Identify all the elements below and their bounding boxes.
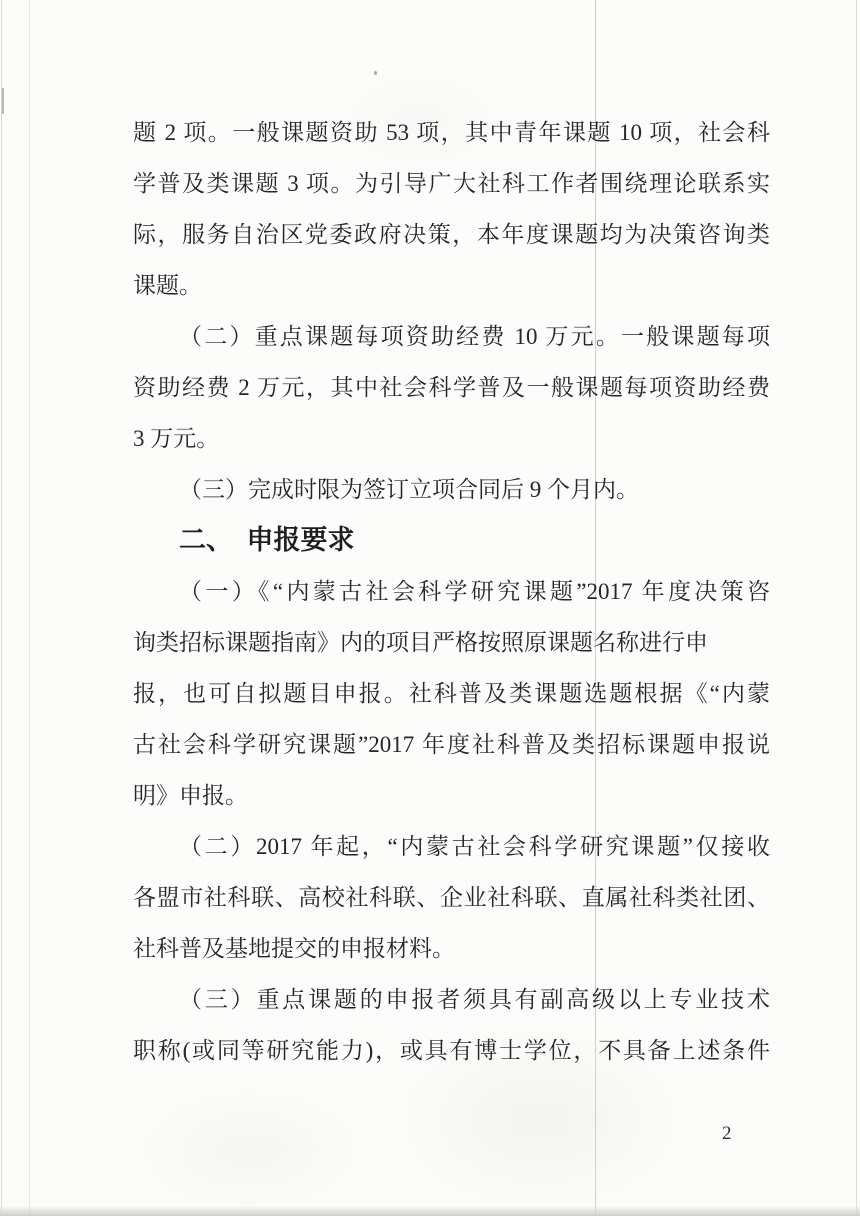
scan-bottom-shadow <box>0 1206 860 1216</box>
text-line: （二）重点课题每项资助经费 10 万元。一般课题每项 <box>133 311 770 362</box>
text-line: （一）《“内蒙古社会科学研究课题”2017 年度决策咨 <box>133 566 770 617</box>
text-line: 题 2 项。一般课题资助 53 项，其中青年课题 10 项，社会科 <box>133 107 770 158</box>
text-line: 报，也可自拟题目申报。社科普及类课题选题根据《“内蒙 <box>133 668 770 719</box>
section-heading: 二、 申报要求 <box>133 515 770 566</box>
scan-line-inner-left <box>29 0 30 1216</box>
scan-speck <box>2 88 4 114</box>
scan-line-right-edge <box>856 0 857 1216</box>
text-line: 课题。 <box>133 260 770 311</box>
scanned-document-page: 题 2 项。一般课题资助 53 项，其中青年课题 10 项，社会科学普及类课题 … <box>0 0 860 1216</box>
scan-speck <box>374 71 377 75</box>
scan-line-left-edge <box>1 0 2 1216</box>
text-line: 社科普及基地提交的申报材料。 <box>133 923 770 974</box>
text-line: （三）完成时限为签订立项合同后 9 个月内。 <box>133 464 770 515</box>
text-line: 际，服务自治区党委政府决策，本年度课题均为决策咨询类 <box>133 209 770 260</box>
text-line: 询类招标课题指南》内的项目严格按照原课题名称进行申 <box>133 617 770 668</box>
page-number: 2 <box>722 1122 732 1146</box>
text-line: （二）2017 年起，“内蒙古社会科学研究课题”仅接收 <box>133 821 770 872</box>
text-line: （三）重点课题的申报者须具有副高级以上专业技术 <box>133 974 770 1025</box>
scan-blotch <box>120 1080 380 1216</box>
text-line: 学普及类课题 3 项。为引导广大社科工作者围绕理论联系实 <box>133 158 770 209</box>
text-line: 明》申报。 <box>133 770 770 821</box>
text-line: 职称(或同等研究能力)，或具有博士学位，不具备上述条件 <box>133 1025 770 1076</box>
text-line: 古社会科学研究课题”2017 年度社科普及类招标课题申报说 <box>133 719 770 770</box>
text-line: 资助经费 2 万元，其中社会科学普及一般课题每项资助经费 <box>133 362 770 413</box>
document-body: 题 2 项。一般课题资助 53 项，其中青年课题 10 项，社会科学普及类课题 … <box>133 107 770 1076</box>
text-line: 各盟市社科联、高校社科联、企业社科联、直属社科类社团、 <box>133 872 770 923</box>
text-line: 3 万元。 <box>133 413 770 464</box>
